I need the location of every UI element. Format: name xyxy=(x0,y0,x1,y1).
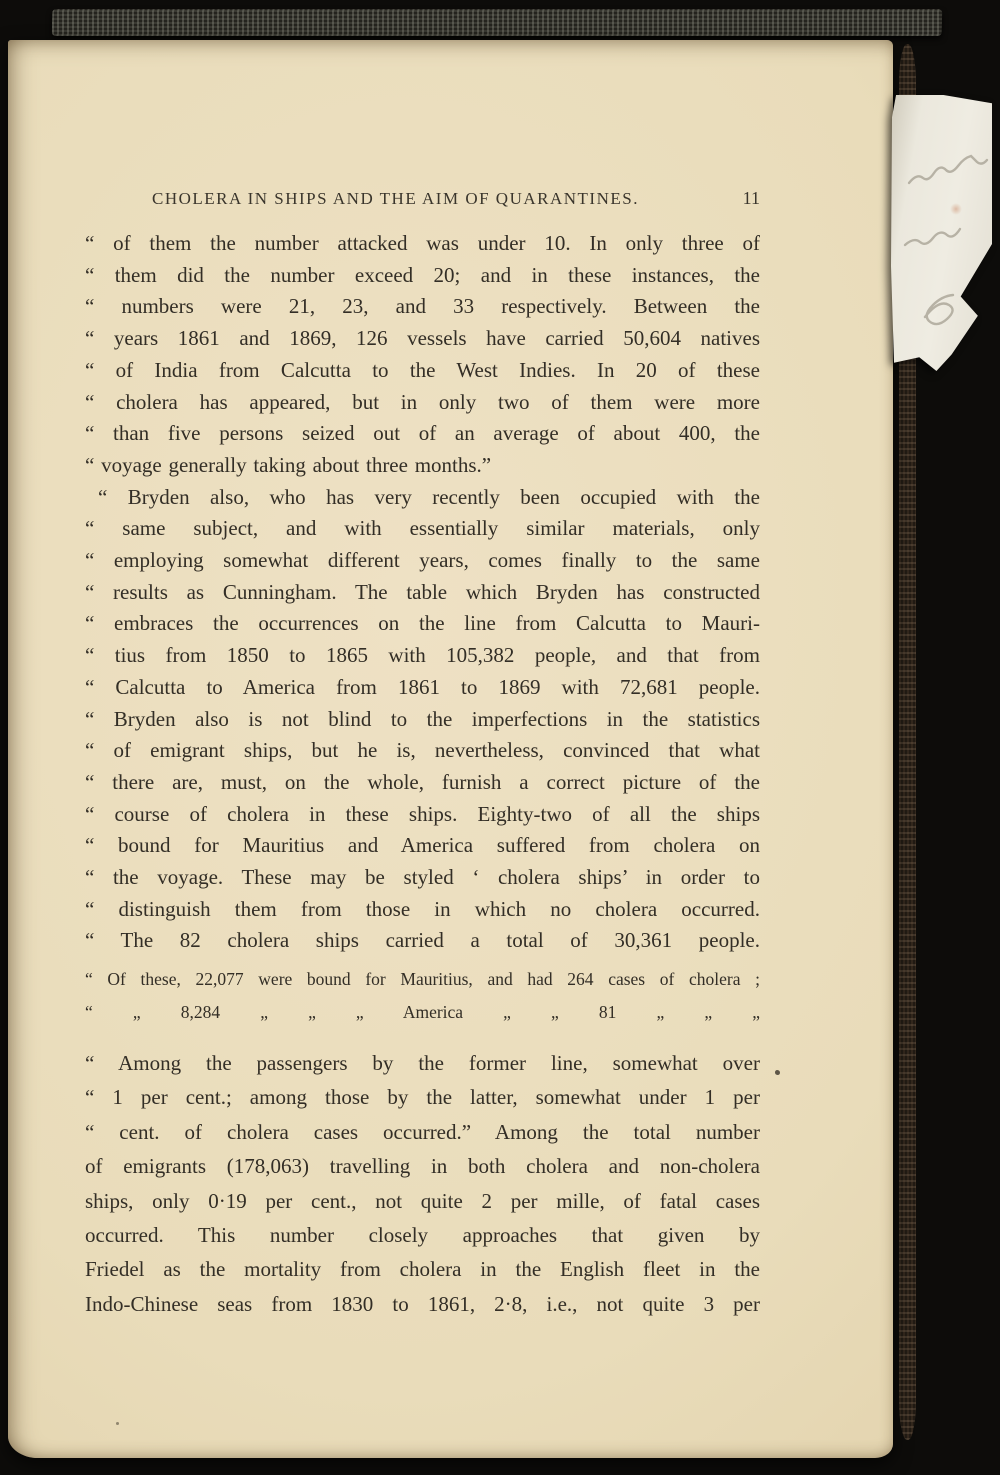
text-line: “ Bryden also is not blind to the imperf… xyxy=(85,704,760,736)
footnote-block: “ Of these, 22,077 were bound for Maurit… xyxy=(85,963,760,1029)
main-quote-block: “ of them the number attacked was under … xyxy=(85,228,760,957)
text-line: “ tius from 1850 to 1865 with 105,382 pe… xyxy=(85,640,760,672)
ink-speck xyxy=(116,1422,119,1425)
text-line: “ years 1861 and 1869, 126 vessels have … xyxy=(85,323,760,355)
text-line: Friedel as the mortality from cholera in… xyxy=(85,1252,760,1286)
text-line: “ „ 8,284 „ „ „ America „ „ 81 „ „ „ xyxy=(85,996,760,1029)
text-line: “ there are, must, on the whole, furnish… xyxy=(85,767,760,799)
text-line: “ employing somewhat different years, co… xyxy=(85,545,760,577)
scan-background: { "colors": { "background": "#0d0c0a", "… xyxy=(0,0,1000,1475)
text-line: “ numbers were 21, 23, and 33 respective… xyxy=(85,291,760,323)
text-line: “ bound for Mauritius and America suffer… xyxy=(85,830,760,862)
book-page: CHOLERA IN SHIPS AND THE AIM OF QUARANTI… xyxy=(8,40,893,1458)
text-line: “ them did the number exceed 20; and in … xyxy=(85,260,760,292)
inserted-paper-tab xyxy=(891,95,992,371)
text-line: “ course of cholera in these ships. Eigh… xyxy=(85,799,760,831)
paper-slip xyxy=(891,95,992,371)
text-line: “ Among the passengers by the former lin… xyxy=(85,1046,760,1080)
text-line: “ cholera has appeared, but in only two … xyxy=(85,387,760,419)
text-line: “ of India from Calcutta to the West Ind… xyxy=(85,355,760,387)
text-line: “ Bryden also, who has very recently bee… xyxy=(85,482,760,514)
page-number: 11 xyxy=(743,188,760,209)
book-binding-texture xyxy=(52,9,943,36)
text-line: “ cent. of cholera cases occurred.” Amon… xyxy=(85,1115,760,1149)
text-line: “ Calcutta to America from 1861 to 1869 … xyxy=(85,672,760,704)
text-line: “ Of these, 22,077 were bound for Maurit… xyxy=(85,963,760,996)
text-line: “ same subject, and with essentially sim… xyxy=(85,513,760,545)
text-line: “ embraces the occurrences on the line f… xyxy=(85,608,760,640)
text-line: “ of emigrant ships, but he is, neverthe… xyxy=(85,735,760,767)
text-line: “ 1 per cent.; among those by the latter… xyxy=(85,1080,760,1114)
handwriting-marks xyxy=(891,95,992,371)
text-line: “ the voyage. These may be styled ‘ chol… xyxy=(85,862,760,894)
text-line: “ results as Cunningham. The table which… xyxy=(85,577,760,609)
text-line: “ of them the number attacked was under … xyxy=(85,228,760,260)
text-line: of emigrants (178,063) travelling in bot… xyxy=(85,1149,760,1183)
closing-block: “ Among the passengers by the former lin… xyxy=(85,1046,760,1321)
text-line: Indo-Chinese seas from 1830 to 1861, 2·8… xyxy=(85,1287,760,1321)
text-line: “ voyage generally taking about three mo… xyxy=(85,450,760,482)
text-line: ships, only 0·19 per cent., not quite 2 … xyxy=(85,1184,760,1218)
text-line: “ The 82 cholera ships carried a total o… xyxy=(85,925,760,957)
text-line: occurred. This number closely approaches… xyxy=(85,1218,760,1252)
ink-speck xyxy=(775,1070,780,1075)
page-header: CHOLERA IN SHIPS AND THE AIM OF QUARANTI… xyxy=(85,188,760,210)
text-line: “ distinguish them from those in which n… xyxy=(85,894,760,926)
text-line: “ than five persons seized out of an ave… xyxy=(85,418,760,450)
running-head-title: CHOLERA IN SHIPS AND THE AIM OF QUARANTI… xyxy=(152,189,639,209)
